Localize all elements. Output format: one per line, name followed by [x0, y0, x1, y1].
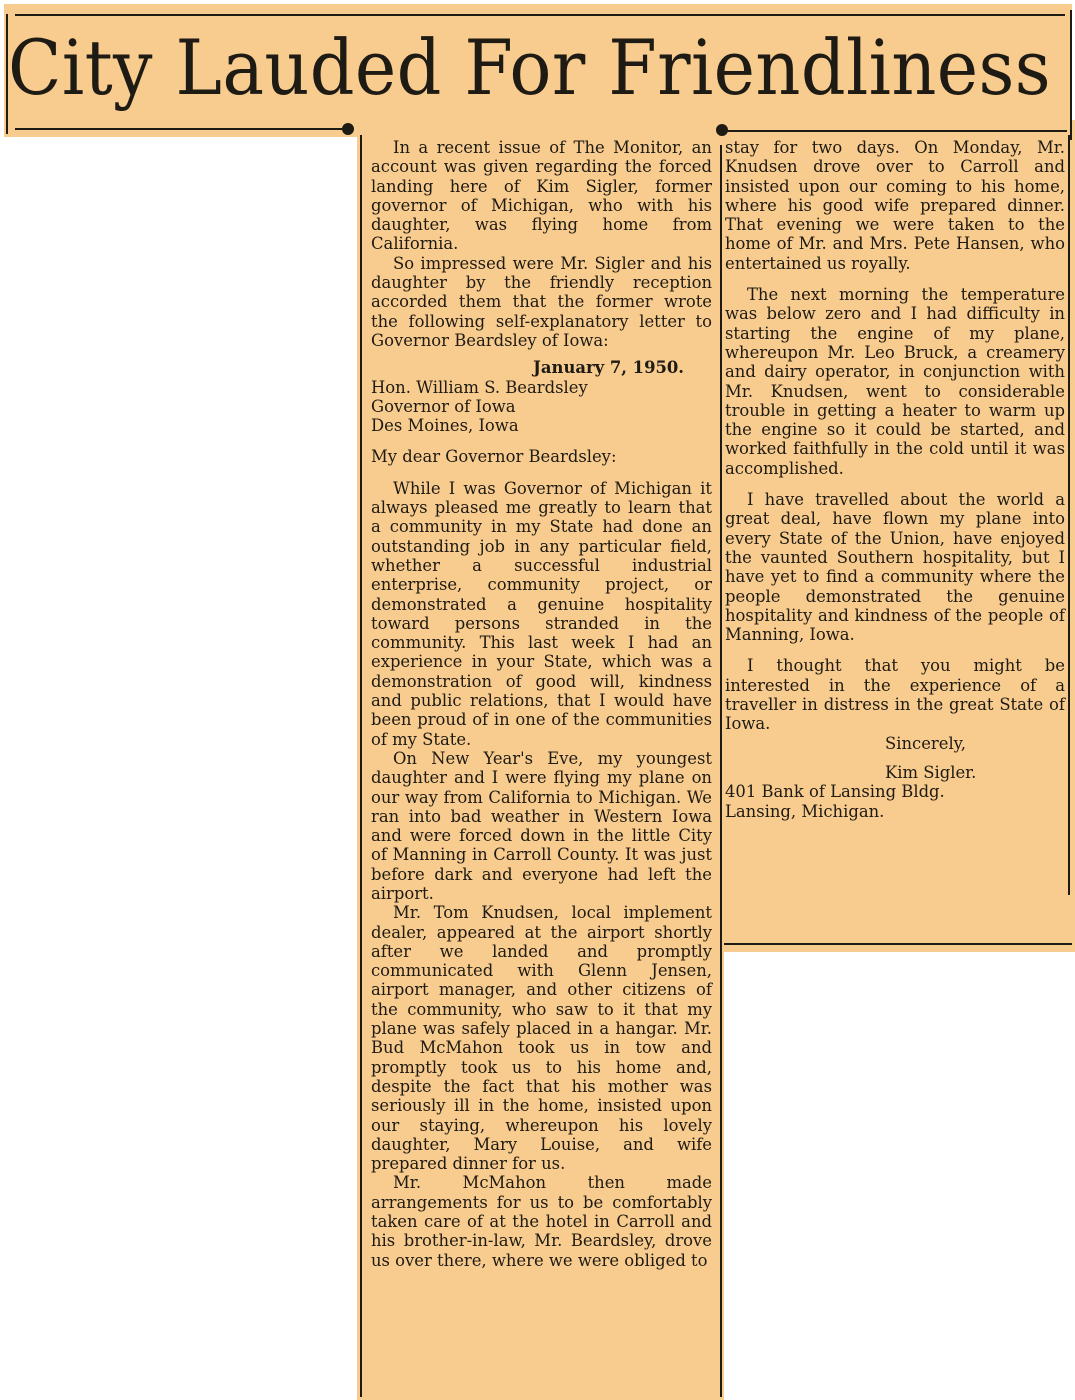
letter-paragraph: The next morning the temperature was bel… [725, 285, 1065, 478]
right-rule-ornament [716, 124, 728, 136]
right-column-border [1068, 135, 1070, 895]
right-border [1070, 10, 1072, 140]
salutation: My dear Governor Beardsley: [371, 447, 712, 466]
left-rule-ornament [342, 123, 354, 135]
signature: Kim Sigler. [725, 763, 1065, 782]
letter-paragraph: Mr. Tom Knudsen, local implement dealer,… [371, 903, 712, 1173]
letter-paragraph: Mr. McMahon then made arrangements for u… [371, 1173, 712, 1269]
closing: Sincerely, [725, 734, 1065, 753]
letter-paragraph: On New Year's Eve, my youngest daughter … [371, 749, 712, 903]
right-underline-rule [722, 130, 1067, 132]
intro-paragraph: So impressed were Mr. Sigler and his dau… [371, 254, 712, 350]
letter-date: January 7, 1950. [371, 358, 712, 377]
headline: City Lauded For Friendliness [8, 30, 983, 106]
address-line: Lansing, Michigan. [725, 802, 1065, 821]
intro-paragraph: In a recent issue of The Monitor, an acc… [371, 138, 712, 254]
recipient-line: Governor of Iowa [371, 397, 712, 416]
middle-column: In a recent issue of The Monitor, an acc… [371, 138, 712, 1270]
address-line: 401 Bank of Lansing Bldg. [725, 782, 1065, 801]
recipient-line: Hon. William S. Beardsley [371, 378, 712, 397]
recipient-line: Des Moines, Iowa [371, 416, 712, 435]
right-column: stay for two days. On Monday, Mr. Knudse… [725, 138, 1065, 821]
column-separator-rule [720, 145, 722, 1397]
letter-paragraph: While I was Governor of Michigan it alwa… [371, 479, 712, 749]
top-rule [15, 14, 1065, 16]
middle-left-column-rule [360, 135, 362, 1397]
letter-paragraph: I thought that you might be interested i… [725, 656, 1065, 733]
letter-paragraph: I have travelled about the world a great… [725, 490, 1065, 644]
letter-continuation: stay for two days. On Monday, Mr. Knudse… [725, 138, 1065, 273]
left-underline-rule [15, 128, 350, 130]
article-end-rule [724, 943, 1072, 945]
